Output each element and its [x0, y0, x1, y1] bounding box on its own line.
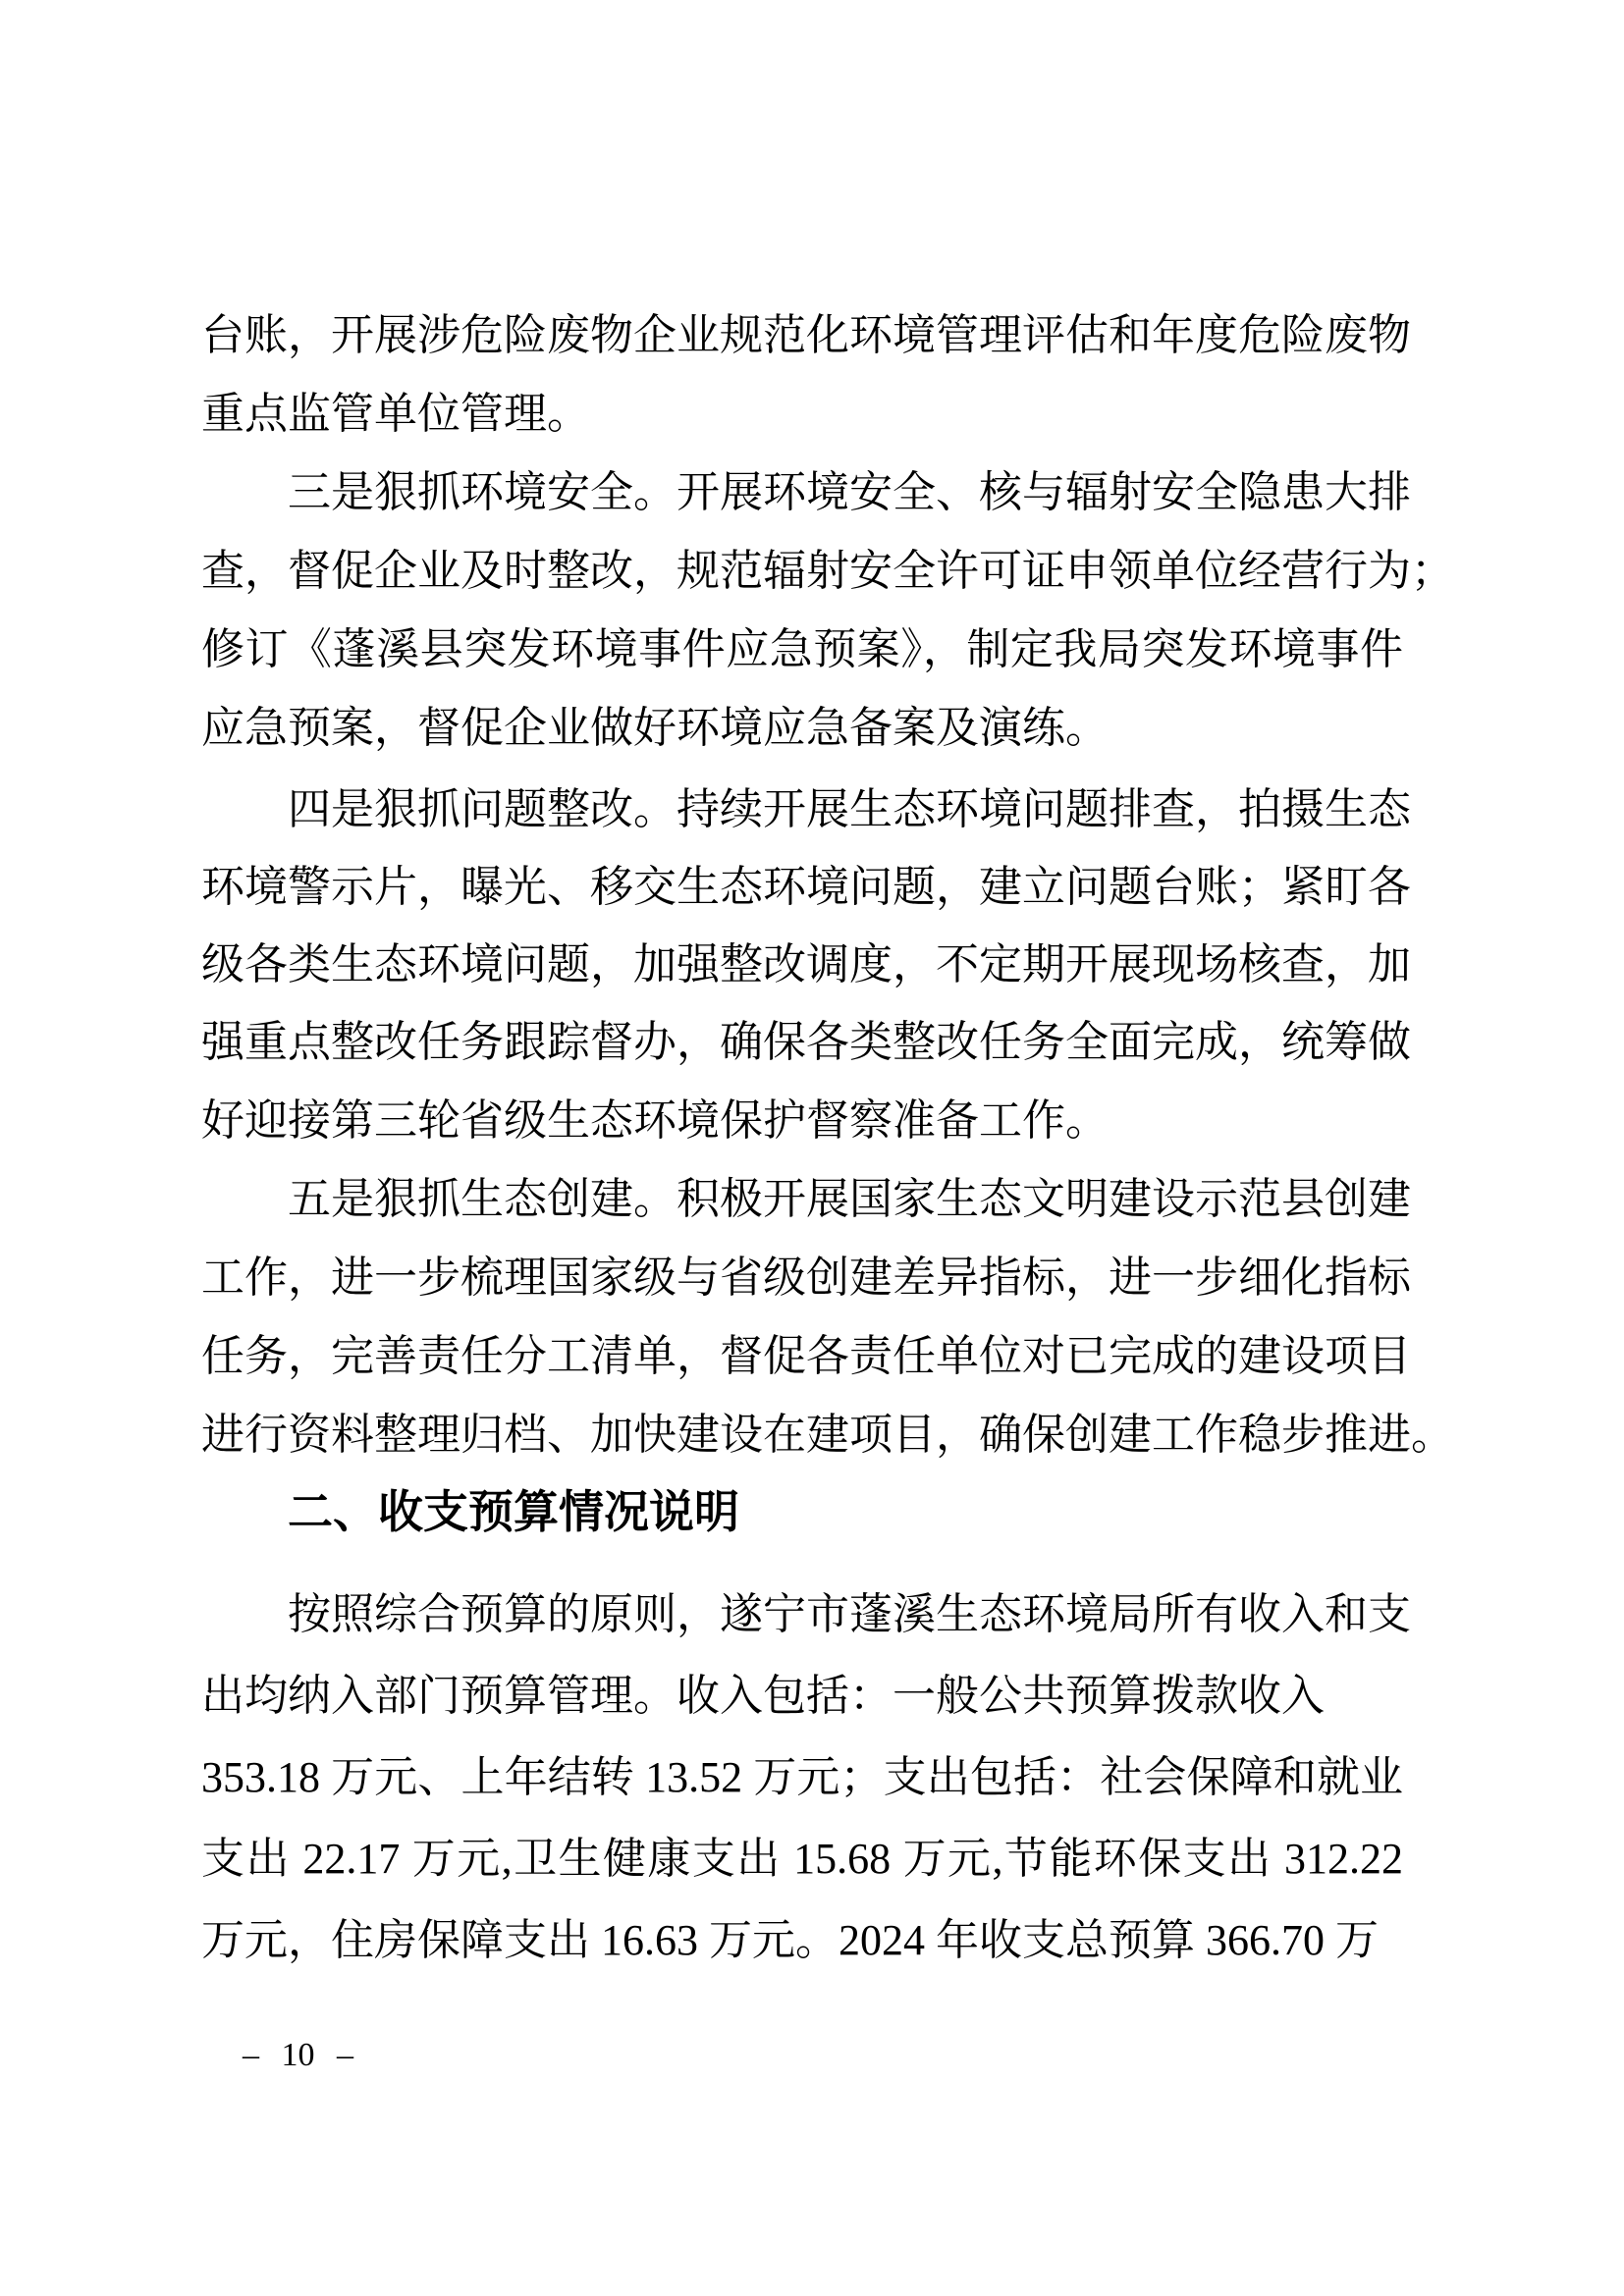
body-text-line: 重点监管单位管理。 [201, 375, 1403, 454]
body-text-line: 进行资料整理归档、加快建设在建项目，确保创建工作稳步推进。 [201, 1396, 1403, 1474]
body-text-line: 万元，住房保障支出 16.63 万元。2024 年收支总预算 366.70 万 [201, 1901, 1403, 1980]
body-text-line: 环境警示片，曝光、移交生态环境问题，建立问题台账；紧盯各 [201, 848, 1403, 927]
body-text-line: 强重点整改任务跟踪督办，确保各类整改任务全面完成，统筹做 [201, 1003, 1403, 1082]
body-text-line: 四是狠抓问题整改。持续开展生态环境问题排查，拍摄生态 [201, 771, 1403, 849]
body-text-line: 工作，进一步梳理国家级与省级创建差异指标，进一步细化指标 [201, 1239, 1403, 1317]
body-text-line: 级各类生态环境问题，加强整改调度，不定期开展现场核查，加 [201, 926, 1403, 1004]
document-page: 台账，开展涉危险废物企业规范化环境管理评估和年度危险废物 重点监管单位管理。 三… [0, 0, 1624, 2296]
page-number: – 10 – [243, 2034, 353, 2077]
section-heading: 二、收支预算情况说明 [201, 1472, 1403, 1551]
body-text-line: 修订《蓬溪县突发环境事件应急预案》，制定我局突发环境事件 [201, 611, 1403, 689]
body-text-line: 支出 22.17 万元,卫生健康支出 15.68 万元,节能环保支出 312.2… [201, 1820, 1403, 1898]
body-text-line: 按照综合预算的原则，遂宁市蓬溪生态环境局所有收入和支 [201, 1575, 1403, 1654]
body-text-line: 任务，完善责任分工清单，督促各责任单位对已完成的建设项目 [201, 1317, 1403, 1396]
body-text-line: 台账，开展涉危险废物企业规范化环境管理评估和年度危险废物 [201, 296, 1403, 375]
body-text-line: 出均纳入部门预算管理。收入包括：一般公共预算拨款收入 [201, 1657, 1403, 1735]
body-text-line: 应急预案，督促企业做好环境应急备案及演练。 [201, 689, 1403, 768]
body-text-line: 查，督促企业及时整改，规范辐射安全许可证申领单位经营行为； [201, 532, 1403, 611]
body-text-line: 353.18 万元、上年结转 13.52 万元；支出包括：社会保障和就业 [201, 1738, 1403, 1817]
body-text-line: 五是狠抓生态创建。积极开展国家生态文明建设示范县创建 [201, 1160, 1403, 1239]
body-text-line: 三是狠抓环境安全。开展环境安全、核与辐射安全隐患大排 [201, 454, 1403, 532]
body-text-line: 好迎接第三轮省级生态环境保护督察准备工作。 [201, 1082, 1403, 1160]
